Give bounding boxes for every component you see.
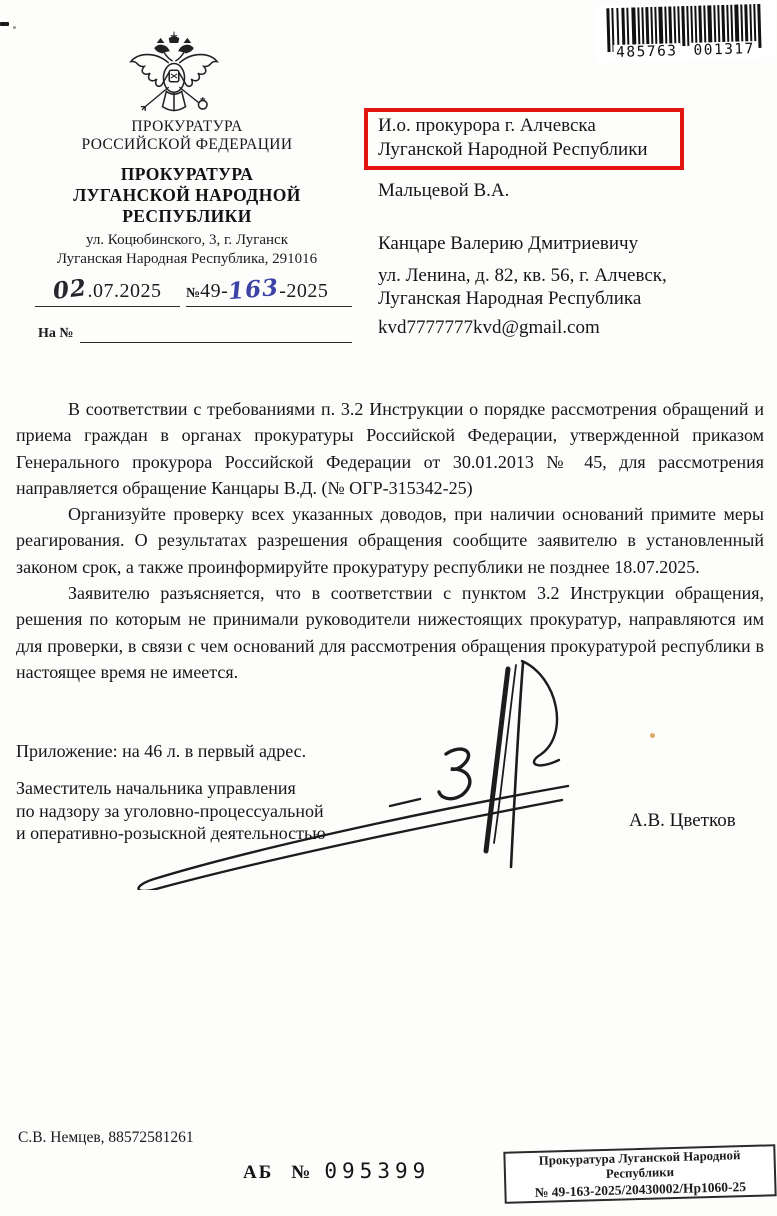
coat-of-arms-icon bbox=[126, 30, 222, 122]
barcode-digits-right: 001317 bbox=[690, 41, 758, 59]
form-series: АБ bbox=[243, 1162, 273, 1183]
barcode-digits-left: 485763 bbox=[613, 43, 681, 61]
ref-number-blank bbox=[80, 326, 352, 343]
addressee-email: kvd7777777kvd@gmail.com bbox=[378, 317, 600, 339]
org-address-line2: Луганская Народная Республика, 291016 bbox=[20, 251, 354, 268]
recipient-official-name: Мальцевой В.А. bbox=[378, 180, 509, 202]
org-rf-line2: РОССИЙСКОЙ ФЕДЕРАЦИИ bbox=[20, 136, 354, 154]
outgoing-number-field: №49-163-2025 bbox=[186, 276, 352, 307]
number-symbol: № bbox=[186, 286, 200, 301]
scanned-letter-page: 485763 001317 bbox=[0, 0, 777, 1216]
executor-info: С.В. Немцев, 88572581261 bbox=[18, 1129, 194, 1147]
body-paragraph-2: Организуйте проверку всех указанных дово… bbox=[16, 501, 764, 580]
form-number-value: 095399 bbox=[324, 1159, 430, 1183]
date-field: 02.07.2025 bbox=[35, 276, 180, 307]
date-handwritten: 02 bbox=[52, 274, 89, 305]
recipient-title: И.о. прокурора г. Алчевска Луганской Нар… bbox=[378, 114, 648, 162]
form-number: АБ№095399 bbox=[243, 1159, 430, 1184]
form-number-symbol: № bbox=[291, 1162, 310, 1183]
addressee-name: Канцаре Валерию Дмитриевичу bbox=[378, 233, 638, 255]
handwritten-signature-icon bbox=[80, 655, 580, 890]
number-prefix: 49- bbox=[200, 280, 228, 302]
recipient-title-line2: Луганской Народной Республики bbox=[378, 138, 648, 162]
scan-edge-mark bbox=[0, 22, 9, 26]
signer-name: А.В. Цветков bbox=[629, 810, 736, 832]
scan-speck bbox=[650, 733, 655, 738]
addressee-address-line2: Луганская Народная Республика bbox=[378, 287, 726, 310]
body-paragraph-1: В соответствии с требованиями п. 3.2 Инс… bbox=[16, 396, 764, 501]
number-handwritten: 163 bbox=[227, 274, 280, 305]
date-printed: .07.2025 bbox=[88, 280, 162, 302]
registration-stamp: Прокуратура Луганской Народной Республик… bbox=[503, 1144, 776, 1204]
recipient-title-line1: И.о. прокурора г. Алчевска bbox=[378, 114, 648, 138]
barcode-label: 485763 001317 bbox=[594, 0, 776, 62]
org-address-line1: ул. Коцюбинского, 3, г. Луганск bbox=[20, 232, 354, 249]
scan-speck bbox=[13, 26, 16, 29]
addressee-address: ул. Ленина, д. 82, кв. 56, г. Алчевск, Л… bbox=[378, 264, 726, 310]
addressee-address-line1: ул. Ленина, д. 82, кв. 56, г. Алчевск, bbox=[378, 264, 726, 287]
org-rf-line1: ПРОКУРАТУРА bbox=[20, 118, 354, 136]
org-lnr-line3: РЕСПУБЛИКИ bbox=[20, 206, 354, 227]
number-suffix: -2025 bbox=[279, 280, 328, 302]
org-lnr-line1: ПРОКУРАТУРА bbox=[20, 164, 354, 185]
letter-body: В соответствии с требованиями п. 3.2 Инс… bbox=[16, 396, 764, 685]
ref-label: На № bbox=[38, 326, 73, 342]
org-lnr-line2: ЛУГАНСКОЙ НАРОДНОЙ bbox=[20, 185, 354, 206]
